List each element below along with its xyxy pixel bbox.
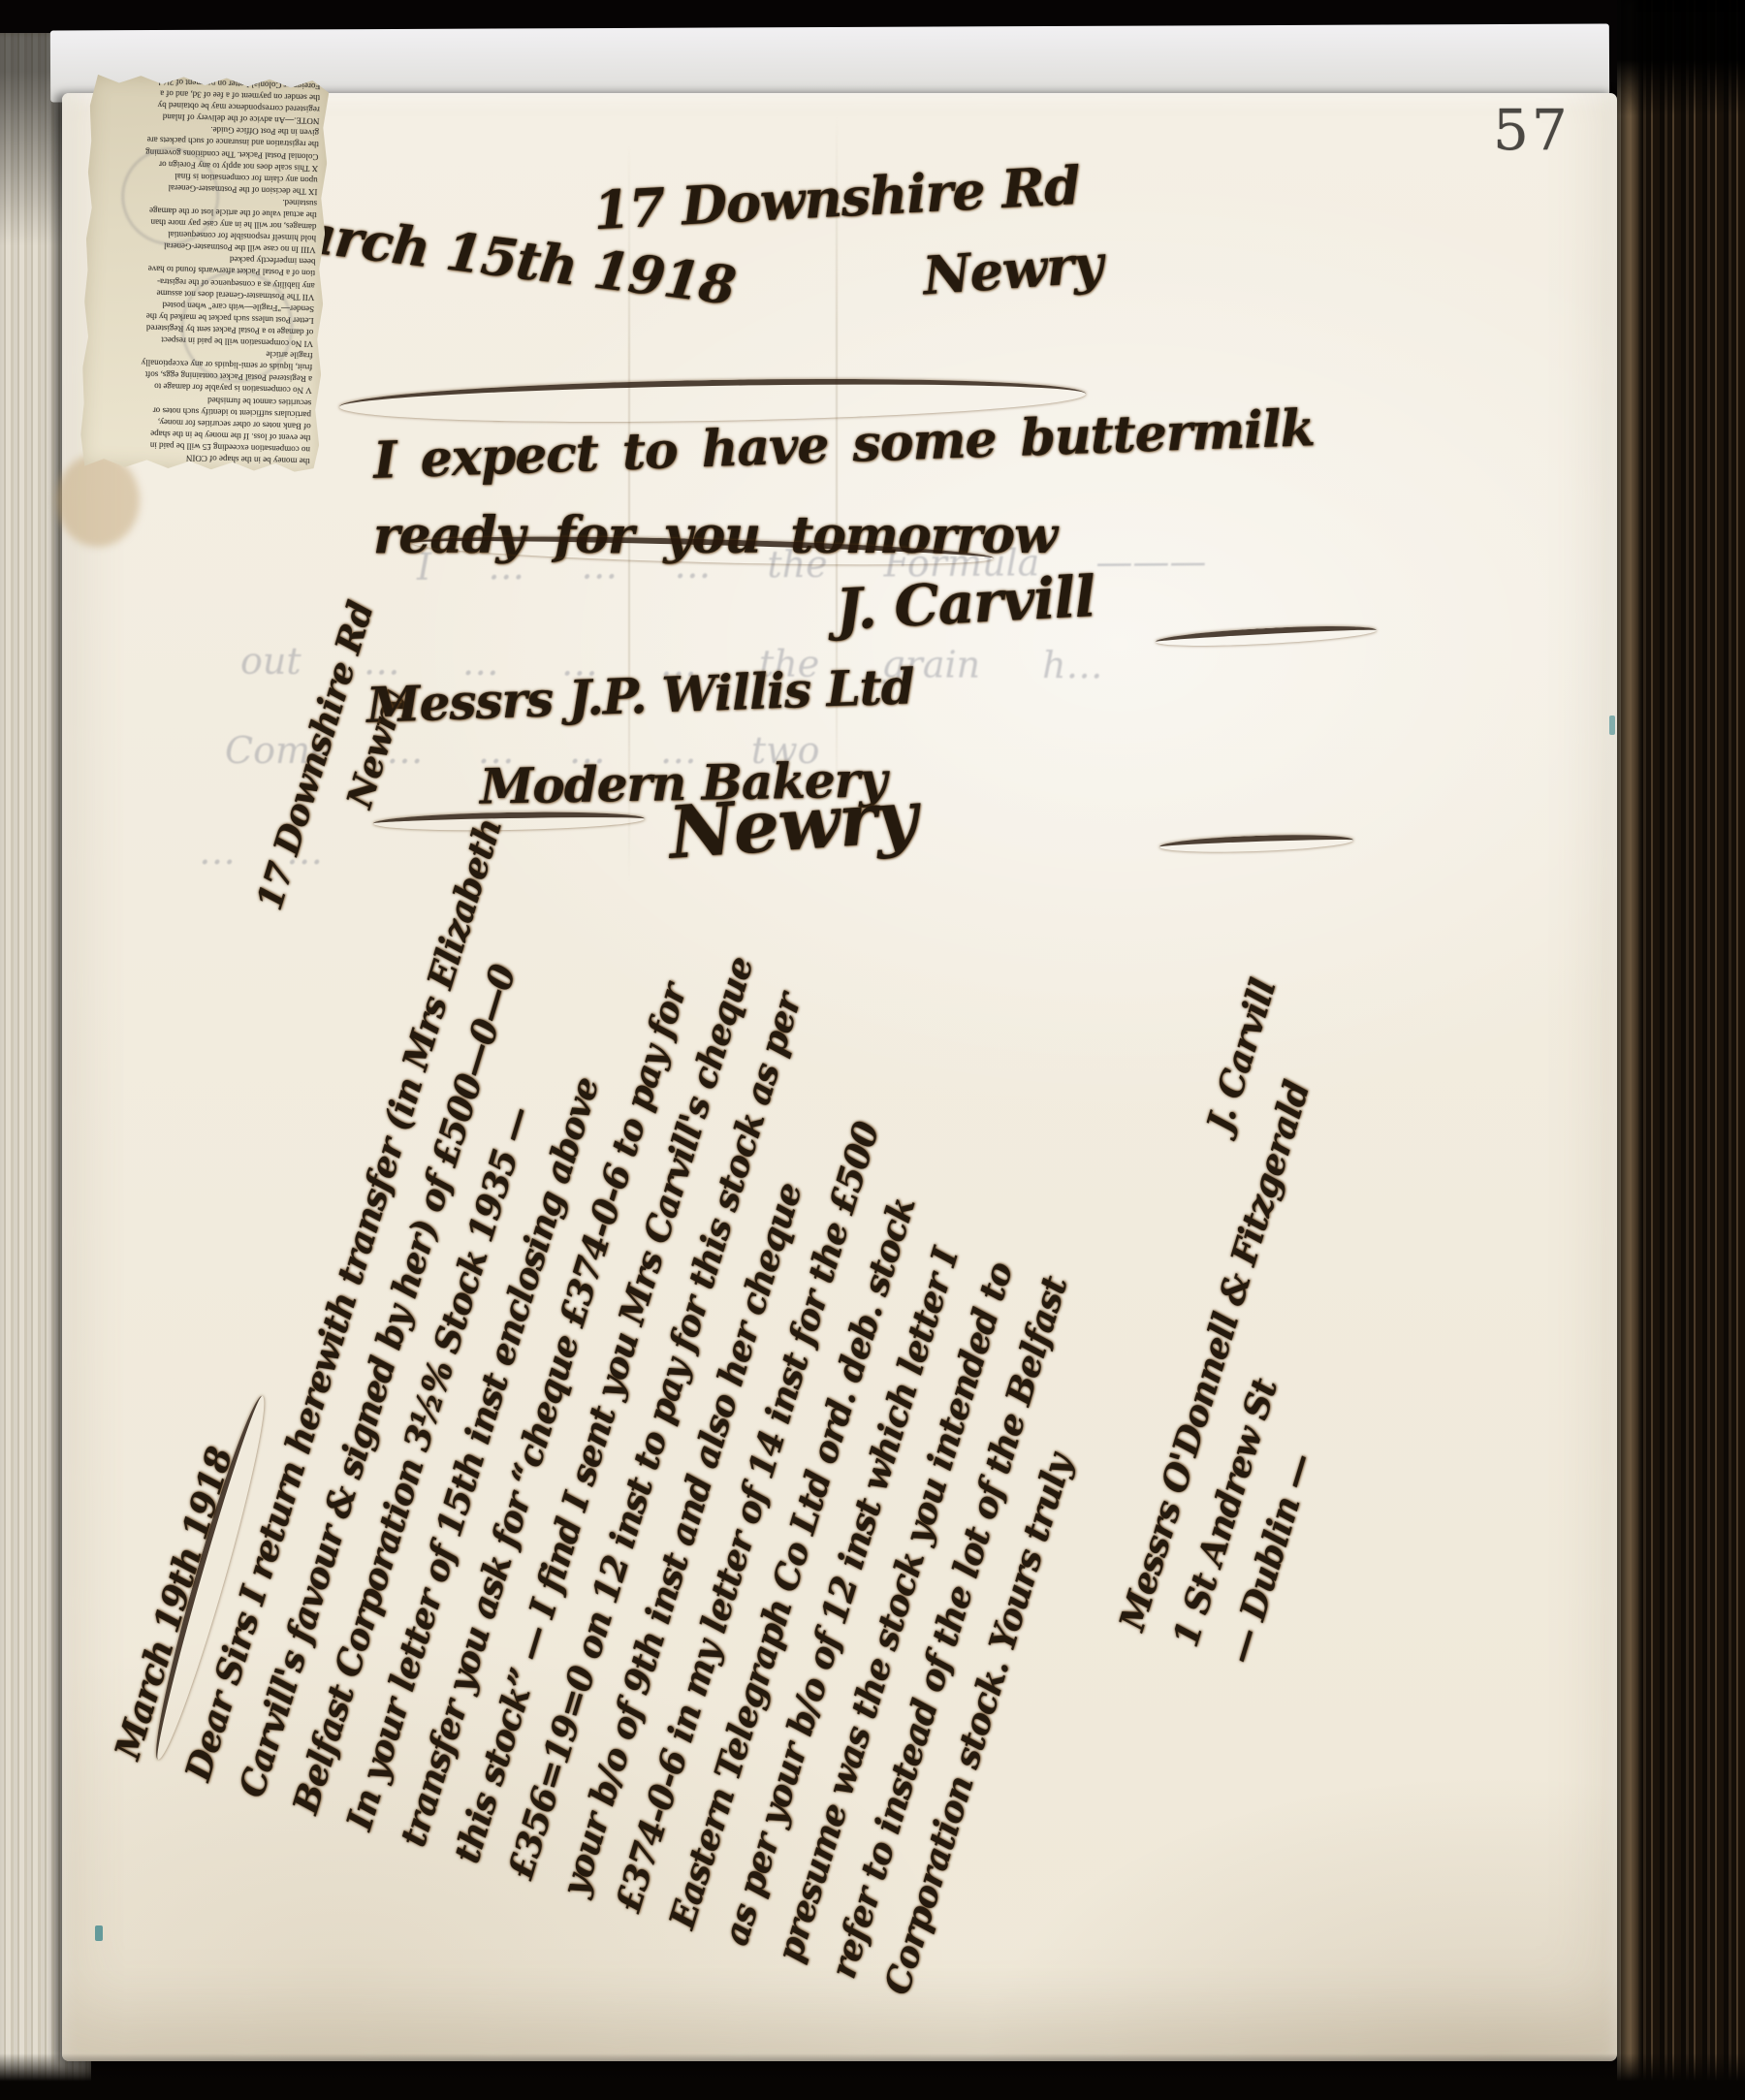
book-bottom-shadow (0, 2053, 1745, 2100)
paper-stain (56, 454, 140, 547)
top-note-address-line2: Newry (921, 233, 1104, 307)
top-note-signature: J. Carvill (834, 563, 1096, 643)
paper-speck (95, 1925, 103, 1941)
photographed-book-page: 57 I … … … the Formula ——— out … … … … t… (0, 0, 1745, 2100)
paper-speck (1609, 716, 1615, 735)
clipping-text: the money be in the shape of COIN no com… (87, 75, 321, 467)
newspaper-clipping: the money be in the shape of COIN no com… (79, 75, 329, 473)
top-note-addressee-line3: Newry (666, 775, 919, 875)
book-fore-edge (1617, 0, 1745, 2100)
page-number: 57 (1493, 97, 1570, 163)
